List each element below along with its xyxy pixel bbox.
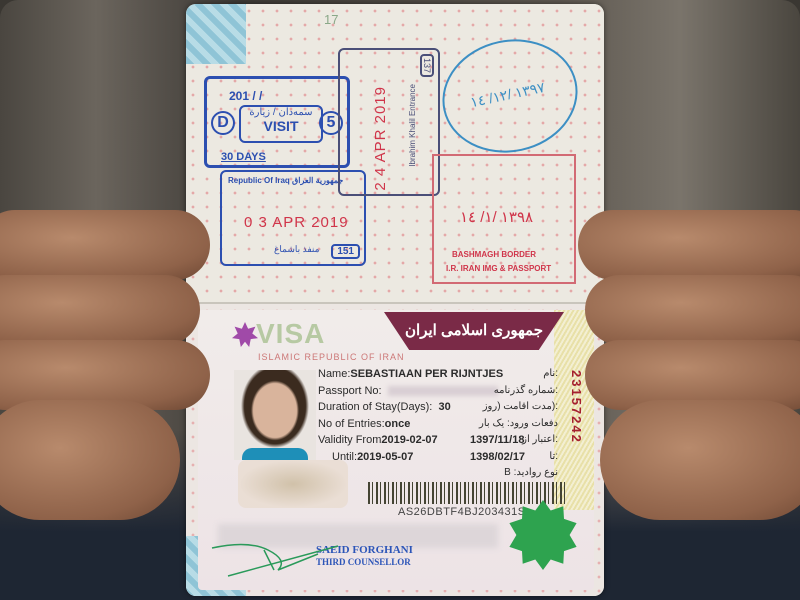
iran-entry-stamp: ١٣٩٨ /١/ ١٤ BASHMAGH BORDER I.R. IRAN IM… xyxy=(432,154,576,284)
iraq-visit-stamp: 201 / / D سمەدان / زيارة VISIT 5 30 DAYS xyxy=(204,76,350,168)
iran-entry-line1: BASHMAGH BORDER xyxy=(452,250,536,259)
stamp-duration: 30 DAYS xyxy=(221,151,266,163)
right-finger xyxy=(585,275,800,345)
entry-date: 0 3 APR 2019 xyxy=(244,214,349,231)
iran-visa-sticker: VISA ISLAMIC REPUBLIC OF IRAN جمهوری اسل… xyxy=(198,310,594,590)
visit-label-ar: سمەدان / زيارة xyxy=(241,107,321,118)
stamp-number: 201 / / xyxy=(229,89,262,103)
iran-round-stamp: ١٣٩٧ /١٢/ ١٤ xyxy=(432,27,588,165)
holder-photo xyxy=(234,370,316,460)
passport-page-17: 17 201 / / D سمەدان / زيارة VISIT 5 30 D… xyxy=(186,4,604,302)
iraq-exit-stamp: 2 4 APR 2019 Ibrahim Khalil Entrance 137 xyxy=(338,48,440,196)
visa-mrz-code: AS26DBTF4BJ203431S xyxy=(398,506,526,518)
round-stamp-date: ١٣٩٧ /١٢/ ١٤ xyxy=(469,79,547,111)
stamp-place: منفذ باشماغ xyxy=(274,244,319,255)
ghost-image xyxy=(238,460,348,508)
stamp-type-letter: D xyxy=(211,111,235,135)
visa-banner: جمهوری اسلامی ایران xyxy=(384,312,564,350)
visa-subtitle: ISLAMIC REPUBLIC OF IRAN xyxy=(258,352,405,362)
stamp-place: Ibrahim Khalil Entrance xyxy=(408,84,417,167)
visit-label-box: سمەدان / زيارة VISIT xyxy=(239,105,323,143)
emblem-icon xyxy=(232,322,258,348)
stamp-header: Republic Of Iraq جمهورية العراق xyxy=(228,176,343,185)
barcode xyxy=(368,482,568,504)
passport: 17 201 / / D سمەدان / زيارة VISIT 5 30 D… xyxy=(186,4,604,596)
right-thumb xyxy=(578,210,800,280)
right-hand xyxy=(600,400,800,520)
visa-serial-number: 23157242 xyxy=(569,370,584,444)
stamp-code: 151 xyxy=(331,244,360,259)
passport-page-16: 16 VISA ISLAMIC REPUBLIC OF IRAN جمهوری … xyxy=(186,302,604,596)
visa-title: VISA xyxy=(256,318,325,350)
page-number: 17 xyxy=(324,12,338,27)
visit-label: VISIT xyxy=(241,118,321,134)
left-finger xyxy=(0,275,200,345)
exit-date: 2 4 APR 2019 xyxy=(372,86,389,191)
stamp-code: 137 xyxy=(420,54,434,77)
page-corner-pattern xyxy=(186,4,246,64)
left-thumb xyxy=(0,210,210,280)
left-hand xyxy=(0,400,180,520)
signature-scribble xyxy=(208,540,348,580)
visa-fields-fa: :نام :شماره گذرنامه :(مدت اقامت (روز دفع… xyxy=(479,366,558,482)
iran-entry-line2: I.R. IRAN IMG & PASSPORT xyxy=(446,264,551,273)
iran-entry-date: ١٣٩٨ /١/ ١٤ xyxy=(460,208,533,226)
